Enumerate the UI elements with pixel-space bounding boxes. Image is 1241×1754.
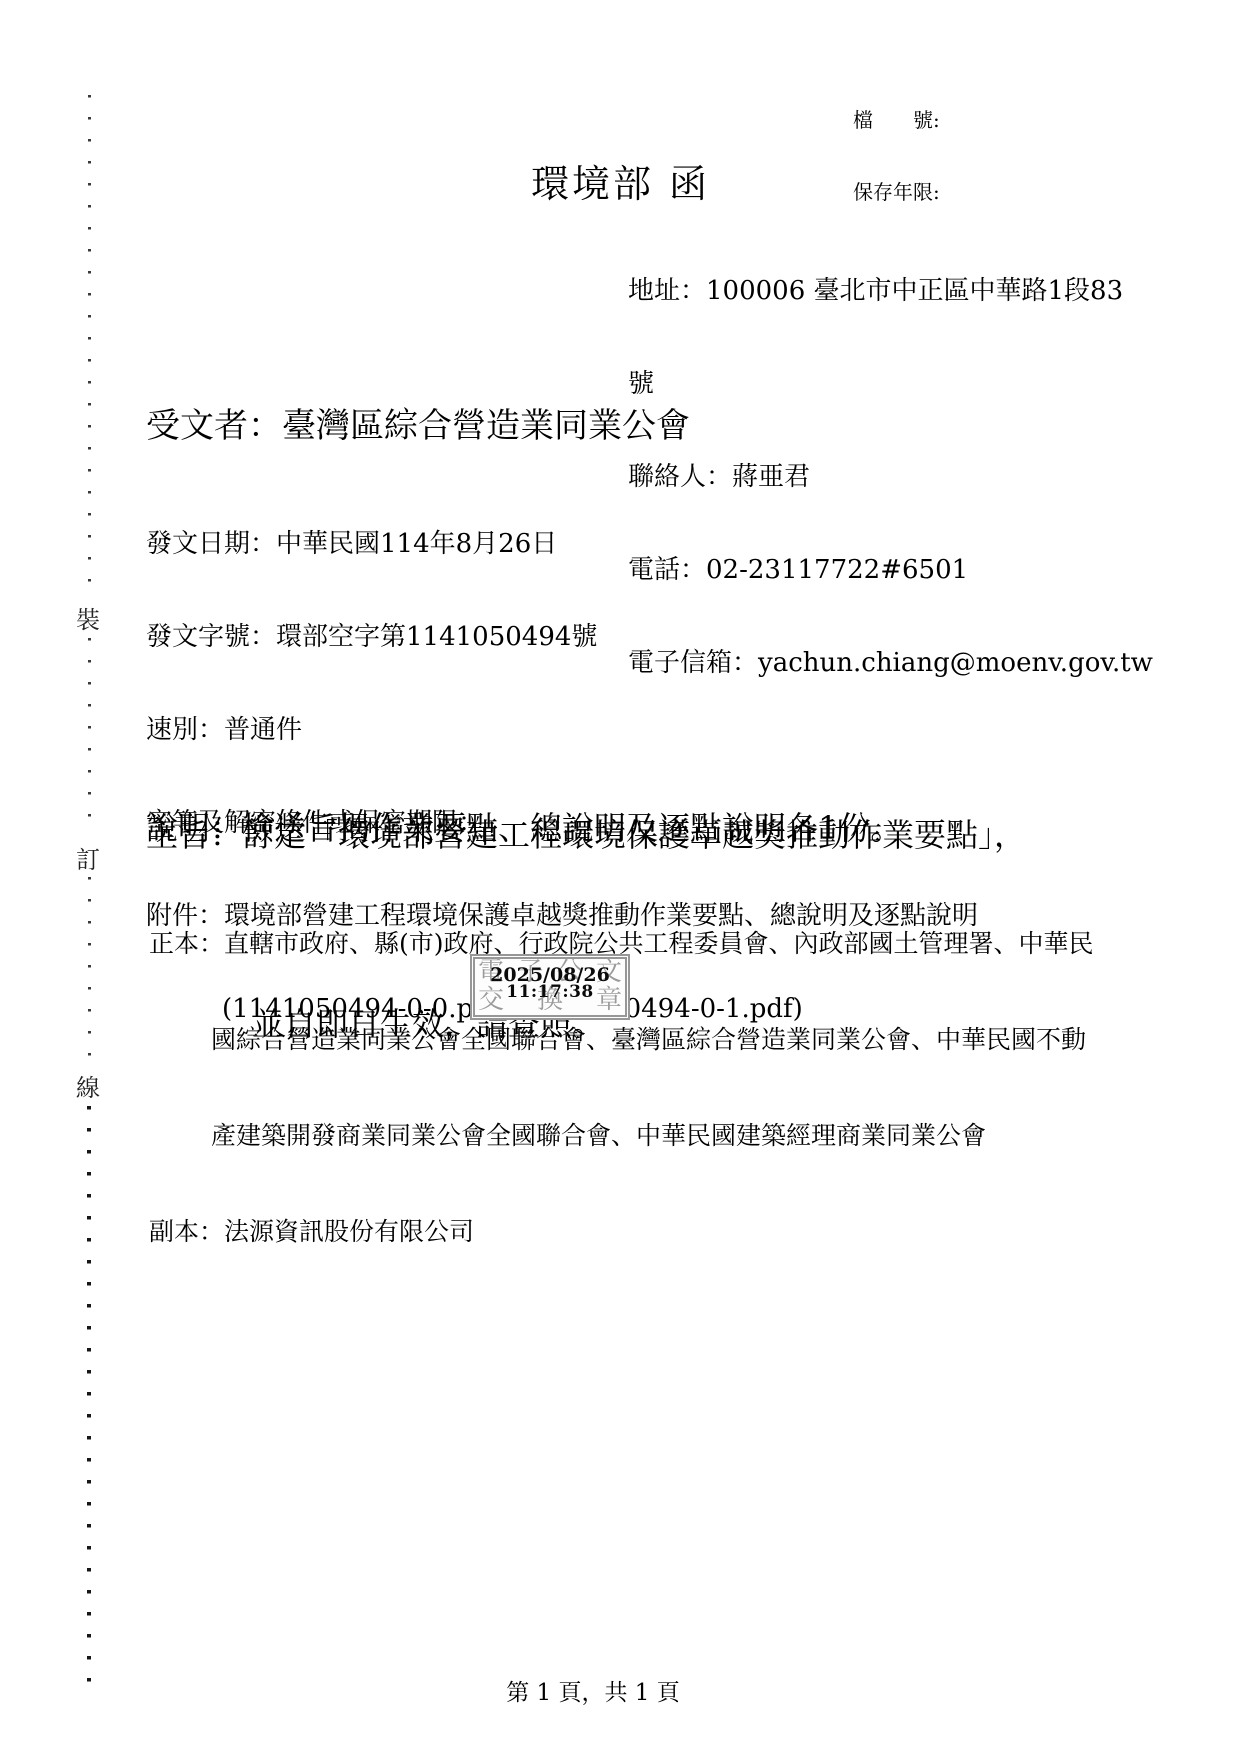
- page-number-footer: 第 1 頁，共 1 頁: [0, 1674, 1186, 1707]
- stamp-time: 11:17:38: [475, 982, 625, 1002]
- issue-date-line: 發文日期：中華民國114年8月26日: [146, 529, 978, 560]
- electronic-exchange-stamp: 電子公文 交換章 2025/08/26 11:17:38: [470, 954, 630, 1020]
- sender-address-line2: 號: [628, 369, 1153, 400]
- binding-mark-zhuang: 裝: [76, 600, 100, 635]
- copy-recipients-line: 副本：法源資訊股份有限公司: [149, 1216, 1094, 1248]
- binding-mark-xian: 線: [76, 1068, 100, 1103]
- original-recipients-line-2: 國綜合營造業同業公會全國聯合會、臺灣區綜合營造業同業公會、中華民國不動: [149, 1024, 1094, 1056]
- binding-dots-segment-bottom: [87, 1106, 91, 1698]
- original-recipients-line-3: 產建築開發商業同業公會全國聯合會、中華民國建築經理商業同業公會: [149, 1120, 1094, 1152]
- binding-dots-segment-mid2: [88, 877, 91, 1063]
- explanation-line: 說明：檢送旨揭作業要點、總說明及逐點說明各1份。: [146, 803, 902, 849]
- document-title: 環境部 函: [0, 153, 1241, 208]
- sender-address-line1: 地址：100006 臺北市中正區中華路1段83: [628, 276, 1153, 307]
- copies-block: 正本：直轄市政府、縣(市)政府、行政院公共工程委員會、內政部國土管理署、中華民 …: [149, 864, 1094, 1312]
- official-letter-page: 裝 訂 線 檔 號: 保存年限: 環境部 函 地址：100006 臺北市中正區中…: [0, 0, 1241, 1754]
- recipient-line: 受文者：臺灣區綜合營造業同業公會: [146, 398, 690, 447]
- binding-dots-segment-mid1: [88, 638, 91, 834]
- binding-mark-ding: 訂: [76, 840, 100, 875]
- file-number-label: 檔 號:: [853, 108, 940, 132]
- doc-number-line: 發文字號：環部空字第1141050494號: [146, 622, 978, 653]
